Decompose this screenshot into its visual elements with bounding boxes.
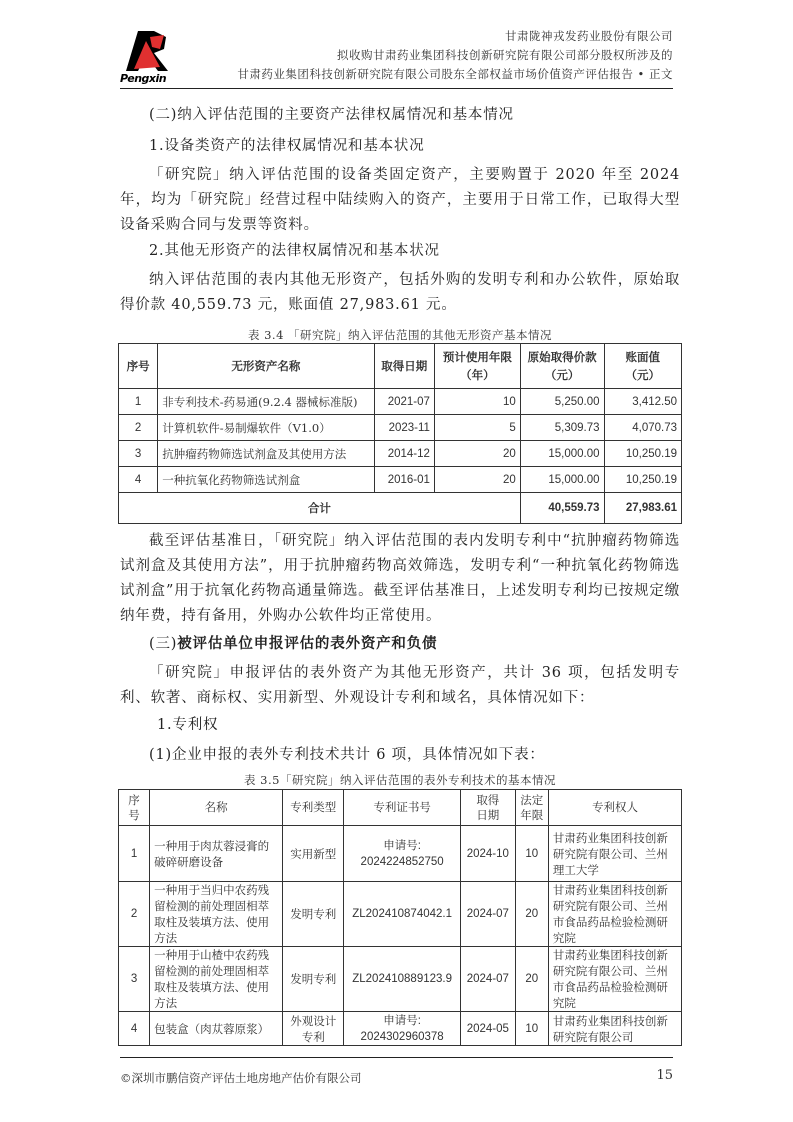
subsection-2-title: 2.其他无形资产的法律权属情况和基本状况 <box>149 239 440 260</box>
header-line-3: 甘肃药业集团科技创新研究院有限公司股东全部权益市场价值资产评估报告 • 正文 <box>237 65 673 84</box>
table-header-row: 序号 无形资产名称 取得日期 预计使用年限（年） 原始取得价款（元） 账面值（元… <box>119 344 682 389</box>
page-number: 15 <box>656 1068 673 1083</box>
col-no: 序号 <box>119 344 158 389</box>
table-row: 2 计算机软件-易制爆软件（V1.0） 2023-11 5 5,309.73 4… <box>119 415 682 441</box>
subsection-2-text: 纳入评估范围的表内其他无形资产，包括外购的发明专利和办公软件，原始取得价款 40… <box>120 268 680 318</box>
table-header-row: 序号 名称 专利类型 专利证书号 取得日期 法定年限 专利权人 <box>119 790 682 826</box>
col-no: 序号 <box>119 790 150 826</box>
col-years: 预计使用年限（年） <box>434 344 520 389</box>
col-date: 取得日期 <box>460 790 515 826</box>
col-cost: 原始取得价款（元） <box>520 344 604 389</box>
report-header: 甘肃陇神戎发药业股份有限公司 拟收购甘肃药业集团科技创新研究院有限公司部分股权所… <box>237 27 673 84</box>
header-line-1: 甘肃陇神戎发药业股份有限公司 <box>237 27 673 46</box>
patent-title: 1.专利权 <box>157 713 218 734</box>
table-3-5: 序号 名称 专利类型 专利证书号 取得日期 法定年限 专利权人 1 一种用于肉苁… <box>118 789 682 1046</box>
table-row: 1 一种用于肉苁蓉浸膏的破碎研磨设备 实用新型 申请号:202422485275… <box>119 826 682 882</box>
table-total-row: 合计 40,559.73 27,983.61 <box>119 493 682 524</box>
subsection-1-title: 1.设备类资产的法律权属情况和基本状况 <box>149 134 425 155</box>
patent-subtitle: (1)企业申报的表外专利技术共计 6 项，具体情况如下表： <box>149 743 545 764</box>
subsection-1-text: 「研究院」纳入评估范围的设备类固定资产，主要购置于 2020 年至 2024 年… <box>120 163 680 238</box>
col-owner: 专利权人 <box>548 790 681 826</box>
section-3-text: 「研究院」申报评估的表外资产为其他无形资产，共计 36 项，包括发明专利、软著、… <box>120 661 680 711</box>
col-book: 账面值（元） <box>604 344 681 389</box>
col-name: 名称 <box>150 790 283 826</box>
table-row: 1 非专利技术-药易通(9.2.4 器械标准版) 2021-07 10 5,25… <box>119 389 682 415</box>
section-2-title: (二)纳入评估范围的主要资产法律权属情况和基本情况 <box>149 103 514 124</box>
table-3-4: 序号 无形资产名称 取得日期 预计使用年限（年） 原始取得价款（元） 账面值（元… <box>118 343 682 524</box>
footer-company: ©深圳市鹏信资产评估土地房地产估价有限公司 <box>120 1070 362 1086</box>
table-3-5-caption: 表 3.5「研究院」纳入评估范围的表外专利技术的基本情况 <box>120 772 680 788</box>
table-row: 2 一种用于当归中农药残留检测的前处理固相萃取柱及装填方法、使用方法 发明专利 … <box>119 882 682 947</box>
col-type: 专利类型 <box>283 790 344 826</box>
header-divider <box>120 88 673 89</box>
table-row: 4 一种抗氧化药物筛选试剂盒 2016-01 20 15,000.00 10,2… <box>119 467 682 493</box>
col-cert: 专利证书号 <box>344 790 461 826</box>
col-name: 无形资产名称 <box>158 344 374 389</box>
col-term: 法定年限 <box>515 790 548 826</box>
footer-divider <box>120 1057 673 1058</box>
table-row: 3 抗肿瘤药物筛选试剂盒及其使用方法 2014-12 20 15,000.00 … <box>119 441 682 467</box>
logo-r-icon <box>120 27 180 73</box>
table-3-4-caption: 表 3.4 「研究院」纳入评估范围的其他无形资产基本情况 <box>120 327 680 343</box>
after-table-3-4-text: 截至评估基准日，「研究院」纳入评估范围的表内发明专利中“抗肿瘤药物筛选试剂盒及其… <box>120 529 680 629</box>
header-line-2: 拟收购甘肃药业集团科技创新研究院有限公司部分股权所涉及的 <box>237 46 673 65</box>
logo-text: Pengxin <box>120 72 166 85</box>
table-row: 3 一种用于山楂中农药残留检测的前处理固相萃取柱及装填方法、使用方法 发明专利 … <box>119 947 682 1012</box>
section-3-title: (三)被评估单位申报评估的表外资产和负债 <box>149 632 437 653</box>
table-row: 4 包装盒（肉苁蓉原浆） 外观设计专利 申请号:2024302960378 20… <box>119 1012 682 1046</box>
col-date: 取得日期 <box>374 344 434 389</box>
